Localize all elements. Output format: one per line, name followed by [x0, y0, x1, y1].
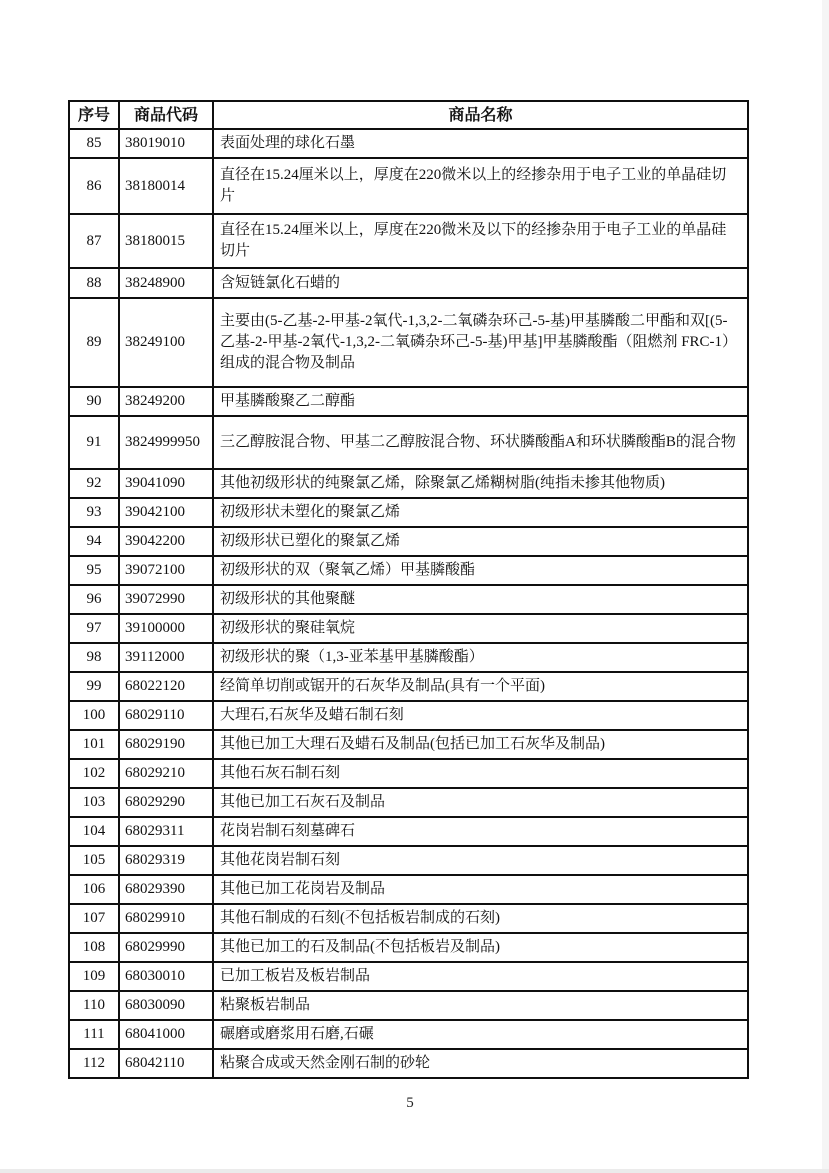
table-row: 106 68029390 其他已加工花岗岩及制品	[69, 875, 748, 904]
scan-edge-right	[822, 0, 829, 1173]
table-row: 96 39072990 初级形状的其他聚醚	[69, 585, 748, 614]
commodity-name-cell: 其他已加工大理石及蜡石及制品(包括已加工石灰华及制品)	[213, 730, 748, 759]
row-number-cell: 108	[69, 933, 119, 962]
commodity-code-cell: 38180015	[119, 214, 213, 268]
row-number-cell: 97	[69, 614, 119, 643]
table-row: 101 68029190 其他已加工大理石及蜡石及制品(包括已加工石灰华及制品)	[69, 730, 748, 759]
table-row: 98 39112000 初级形状的聚（1,3-亚苯基甲基膦酸酯）	[69, 643, 748, 672]
row-number-cell: 111	[69, 1020, 119, 1049]
commodity-name-cell: 直径在15.24厘米以上，厚度在220微米以上的经掺杂用于电子工业的单晶硅切片	[213, 158, 748, 214]
table-row: 110 68030090 粘聚板岩制品	[69, 991, 748, 1020]
commodity-code-cell: 68042110	[119, 1049, 213, 1078]
table-row: 85 38019010 表面处理的球化石墨	[69, 129, 748, 158]
commodity-name-cell: 其他初级形状的纯聚氯乙烯，除聚氯乙烯糊树脂(纯指未掺其他物质)	[213, 469, 748, 498]
table-row: 94 39042200 初级形状已塑化的聚氯乙烯	[69, 527, 748, 556]
table-row: 105 68029319 其他花岗岩制石刻	[69, 846, 748, 875]
table-row: 104 68029311 花岗岩制石刻墓碑石	[69, 817, 748, 846]
commodity-name-cell: 初级形状的其他聚醚	[213, 585, 748, 614]
commodity-name-cell: 直径在15.24厘米以上，厚度在220微米及以下的经掺杂用于电子工业的单晶硅切片	[213, 214, 748, 268]
commodity-name-cell: 其他花岗岩制石刻	[213, 846, 748, 875]
table-row: 109 68030010 已加工板岩及板岩制品	[69, 962, 748, 991]
commodity-code-cell: 38249100	[119, 298, 213, 387]
commodity-name-cell: 其他已加工石灰石及制品	[213, 788, 748, 817]
commodity-code-cell: 38019010	[119, 129, 213, 158]
commodity-code-cell: 68029319	[119, 846, 213, 875]
commodity-code-cell: 39042100	[119, 498, 213, 527]
row-number-cell: 94	[69, 527, 119, 556]
table-row: 99 68022120 经简单切削或锯开的石灰华及制品(具有一个平面)	[69, 672, 748, 701]
table-row: 112 68042110 粘聚合成或天然金刚石制的砂轮	[69, 1049, 748, 1078]
table-header: 序号 商品代码 商品名称	[69, 101, 748, 129]
row-number-cell: 87	[69, 214, 119, 268]
commodity-name-cell: 初级形状的聚（1,3-亚苯基甲基膦酸酯）	[213, 643, 748, 672]
commodity-name-cell: 大理石,石灰华及蜡石制石刻	[213, 701, 748, 730]
commodity-code-cell: 68029910	[119, 904, 213, 933]
commodity-name-cell: 甲基膦酸聚乙二醇酯	[213, 387, 748, 416]
commodity-table: 序号 商品代码 商品名称 85 38019010 表面处理的球化石墨 86 38…	[68, 100, 749, 1079]
table-row: 103 68029290 其他已加工石灰石及制品	[69, 788, 748, 817]
row-number-cell: 93	[69, 498, 119, 527]
row-number-cell: 92	[69, 469, 119, 498]
row-number-cell: 101	[69, 730, 119, 759]
table-row: 95 39072100 初级形状的双（聚氧乙烯）甲基膦酸酯	[69, 556, 748, 585]
row-number-cell: 110	[69, 991, 119, 1020]
row-number-cell: 95	[69, 556, 119, 585]
table-row: 91 3824999950 三乙醇胺混合物、甲基二乙醇胺混合物、环状膦酸酯A和环…	[69, 416, 748, 469]
commodity-name-cell: 三乙醇胺混合物、甲基二乙醇胺混合物、环状膦酸酯A和环状膦酸酯B的混合物	[213, 416, 748, 469]
commodity-code-cell: 68029990	[119, 933, 213, 962]
commodity-code-cell: 68041000	[119, 1020, 213, 1049]
commodity-name-cell: 含短链氯化石蜡的	[213, 268, 748, 298]
commodity-code-cell: 39042200	[119, 527, 213, 556]
commodity-code-cell: 68030090	[119, 991, 213, 1020]
row-number-cell: 88	[69, 268, 119, 298]
table-row: 92 39041090 其他初级形状的纯聚氯乙烯，除聚氯乙烯糊树脂(纯指未掺其他…	[69, 469, 748, 498]
table-row: 107 68029910 其他石制成的石刻(不包括板岩制成的石刻)	[69, 904, 748, 933]
commodity-name-cell: 粘聚合成或天然金刚石制的砂轮	[213, 1049, 748, 1078]
commodity-code-cell: 39072100	[119, 556, 213, 585]
header-commodity-code: 商品代码	[119, 101, 213, 129]
commodity-name-cell: 初级形状的聚硅氧烷	[213, 614, 748, 643]
commodity-name-cell: 其他石灰石制石刻	[213, 759, 748, 788]
commodity-code-cell: 68030010	[119, 962, 213, 991]
commodity-name-cell: 初级形状未塑化的聚氯乙烯	[213, 498, 748, 527]
commodity-code-cell: 39100000	[119, 614, 213, 643]
table-body: 85 38019010 表面处理的球化石墨 86 38180014 直径在15.…	[69, 129, 748, 1078]
commodity-code-cell: 3824999950	[119, 416, 213, 469]
commodity-name-cell: 其他已加工的石及制品(不包括板岩及制品)	[213, 933, 748, 962]
table-row: 90 38249200 甲基膦酸聚乙二醇酯	[69, 387, 748, 416]
page-number: 5	[0, 1095, 820, 1112]
table-row: 97 39100000 初级形状的聚硅氧烷	[69, 614, 748, 643]
table-row: 102 68029210 其他石灰石制石刻	[69, 759, 748, 788]
commodity-name-cell: 主要由(5-乙基-2-甲基-2氧代-1,3,2-二氧磷杂环己-5-基)甲基膦酸二…	[213, 298, 748, 387]
commodity-code-cell: 39112000	[119, 643, 213, 672]
commodity-name-cell: 经简单切削或锯开的石灰华及制品(具有一个平面)	[213, 672, 748, 701]
commodity-code-cell: 39072990	[119, 585, 213, 614]
row-number-cell: 98	[69, 643, 119, 672]
row-number-cell: 103	[69, 788, 119, 817]
table-row: 111 68041000 碾磨或磨浆用石磨,石碾	[69, 1020, 748, 1049]
row-number-cell: 86	[69, 158, 119, 214]
commodity-code-cell: 68029311	[119, 817, 213, 846]
row-number-cell: 107	[69, 904, 119, 933]
header-commodity-name: 商品名称	[213, 101, 748, 129]
commodity-name-cell: 初级形状已塑化的聚氯乙烯	[213, 527, 748, 556]
row-number-cell: 100	[69, 701, 119, 730]
table-row: 87 38180015 直径在15.24厘米以上，厚度在220微米及以下的经掺杂…	[69, 214, 748, 268]
commodity-code-cell: 38249200	[119, 387, 213, 416]
table-row: 108 68029990 其他已加工的石及制品(不包括板岩及制品)	[69, 933, 748, 962]
table-row: 89 38249100 主要由(5-乙基-2-甲基-2氧代-1,3,2-二氧磷杂…	[69, 298, 748, 387]
row-number-cell: 85	[69, 129, 119, 158]
commodity-name-cell: 碾磨或磨浆用石磨,石碾	[213, 1020, 748, 1049]
commodity-code-cell: 68029190	[119, 730, 213, 759]
commodity-code-cell: 68022120	[119, 672, 213, 701]
scan-edge-bottom	[0, 1169, 829, 1173]
row-number-cell: 89	[69, 298, 119, 387]
row-number-cell: 90	[69, 387, 119, 416]
commodity-code-cell: 68029390	[119, 875, 213, 904]
commodity-code-cell: 38248900	[119, 268, 213, 298]
commodity-code-cell: 68029210	[119, 759, 213, 788]
row-number-cell: 99	[69, 672, 119, 701]
commodity-name-cell: 其他石制成的石刻(不包括板岩制成的石刻)	[213, 904, 748, 933]
row-number-cell: 105	[69, 846, 119, 875]
commodity-code-cell: 39041090	[119, 469, 213, 498]
commodity-code-cell: 68029290	[119, 788, 213, 817]
commodity-code-cell: 68029110	[119, 701, 213, 730]
commodity-name-cell: 其他已加工花岗岩及制品	[213, 875, 748, 904]
document-page: 序号 商品代码 商品名称 85 38019010 表面处理的球化石墨 86 38…	[0, 0, 829, 1173]
table-row: 93 39042100 初级形状未塑化的聚氯乙烯	[69, 498, 748, 527]
table-row: 100 68029110 大理石,石灰华及蜡石制石刻	[69, 701, 748, 730]
row-number-cell: 91	[69, 416, 119, 469]
row-number-cell: 104	[69, 817, 119, 846]
header-serial-number: 序号	[69, 101, 119, 129]
commodity-name-cell: 表面处理的球化石墨	[213, 129, 748, 158]
commodity-name-cell: 粘聚板岩制品	[213, 991, 748, 1020]
row-number-cell: 106	[69, 875, 119, 904]
row-number-cell: 96	[69, 585, 119, 614]
row-number-cell: 112	[69, 1049, 119, 1078]
commodity-name-cell: 花岗岩制石刻墓碑石	[213, 817, 748, 846]
row-number-cell: 109	[69, 962, 119, 991]
table-row: 88 38248900 含短链氯化石蜡的	[69, 268, 748, 298]
commodity-name-cell: 初级形状的双（聚氧乙烯）甲基膦酸酯	[213, 556, 748, 585]
row-number-cell: 102	[69, 759, 119, 788]
table-row: 86 38180014 直径在15.24厘米以上，厚度在220微米以上的经掺杂用…	[69, 158, 748, 214]
header-row: 序号 商品代码 商品名称	[69, 101, 748, 129]
commodity-name-cell: 已加工板岩及板岩制品	[213, 962, 748, 991]
commodity-code-cell: 38180014	[119, 158, 213, 214]
